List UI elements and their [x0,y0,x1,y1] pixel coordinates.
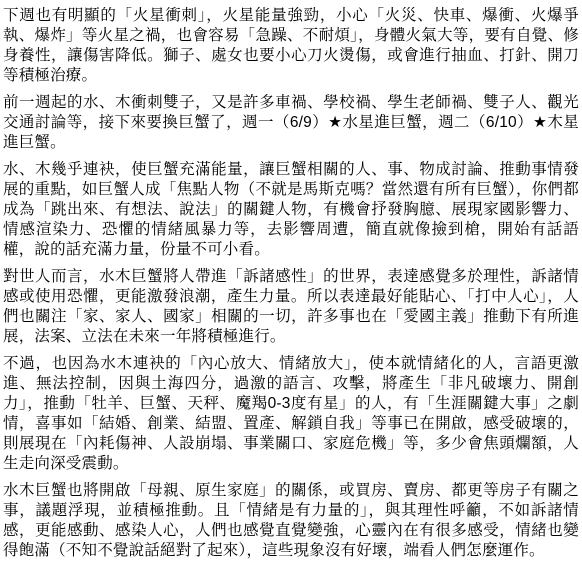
paragraph-family-home: 水木巨蟹也將開啟「母親、原生家庭」的關係，或買房、賣房、都更等房子有關之事，議題… [3,481,579,561]
paragraph-gemini-transits: 前一週起的水、木衝刺雙子，又是許多車禍、學校禍、學生老師禍、雙子人、觀光交通討論… [3,93,579,153]
paragraph-cancer-energy: 水、木幾乎連袂，使巨蟹充滿能量，讓巨蟹相關的人、事、物成討論、推動事情發展的重點… [3,160,579,260]
paragraph-amplified-emotions: 不過，也因為水木連袂的「內心放大、情緒放大」，使本就情緒化的人，言語更激進、無法… [3,354,579,474]
paragraph-emotional-appeal: 對世人而言，水木巨蟹將人帶進「訴諸感性」的世界，表達感覺多於理性，訴諸情感或使用… [3,267,579,347]
article-body: 下週也有明顯的「火星衝刺」，火星能量強勁，小心「火災、快車、爆衝、火爆爭執、爆炸… [0,0,582,568]
paragraph-mars-warning: 下週也有明顯的「火星衝刺」，火星能量強勁，小心「火災、快車、爆衝、火爆爭執、爆炸… [3,6,579,86]
